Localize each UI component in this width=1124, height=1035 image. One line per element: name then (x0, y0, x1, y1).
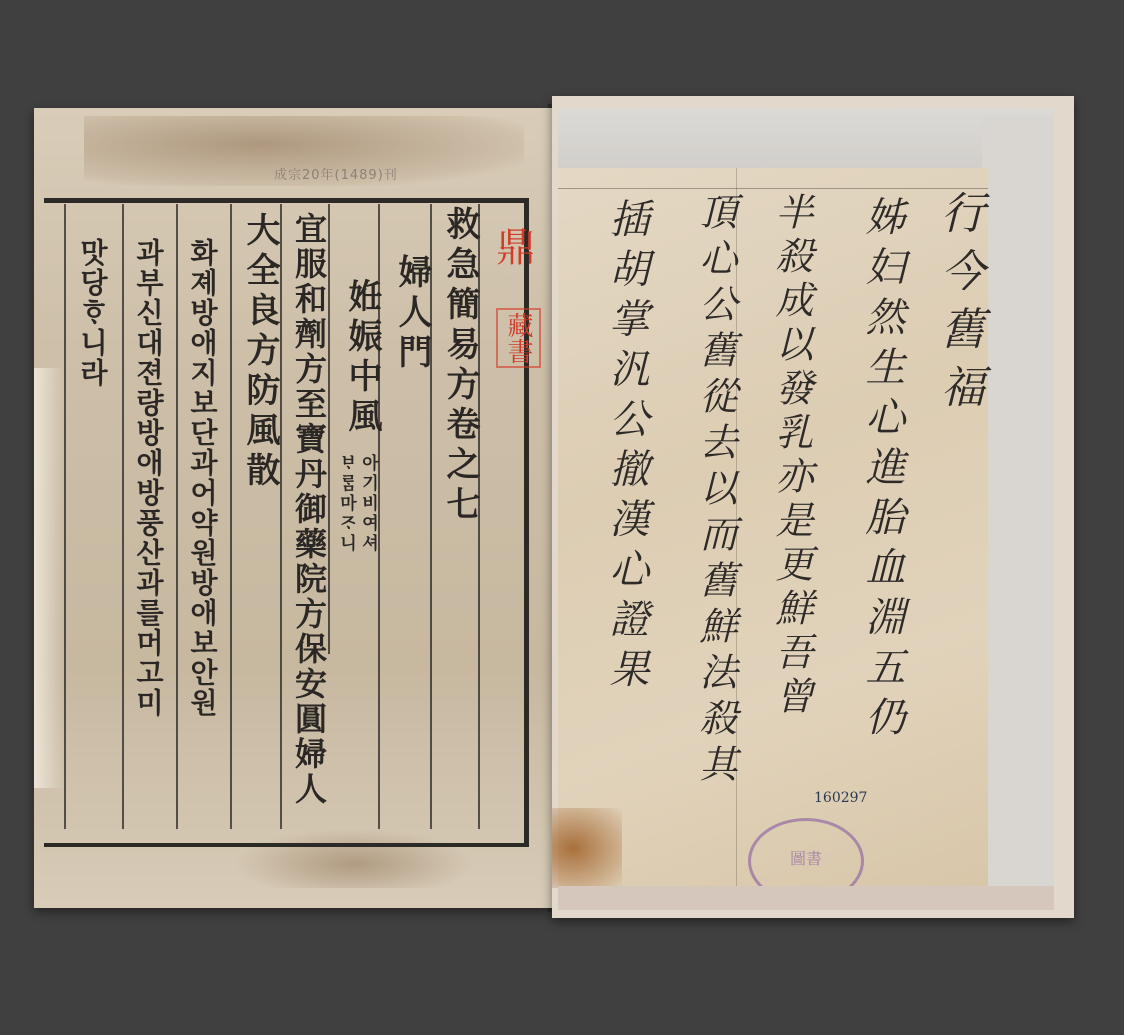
catalog-number: 160297 (814, 790, 867, 806)
entry-heading: 姙娠中風 (338, 278, 387, 438)
brown-stain (552, 808, 622, 888)
mounting-paper-top (558, 108, 1054, 168)
korean-column-3: 맛당ᄒᆞ니라 (72, 238, 112, 388)
left-printed-page: 成宗20年(1489)刊 救急簡易方卷之七 婦人門 姙娠中風 아기비여셔 ᄇᆞᄅ… (34, 108, 552, 908)
korean-column-2: 과부신대젼량방애방풍산과를머고미 (128, 238, 168, 718)
mounting-paper-right (982, 116, 1054, 896)
prescription-column-1: 宜服和劑方至寶丹御藥院方保安圓婦人 (286, 212, 332, 807)
chapter-heading: 婦人門 (388, 254, 437, 374)
column-rule (230, 204, 232, 829)
book-title: 救急簡易方卷之七 (436, 206, 485, 526)
calligraphy-column: 姊妇然生心進胎血淵五仍 (854, 196, 911, 746)
entry-gloss-right: 아기비여셔 (356, 454, 381, 554)
entry-gloss-left: ᄇᆞᄅᆞᆷ마ᄌᆞ니 (334, 454, 359, 554)
fold-crease (558, 188, 988, 189)
right-handwritten-page: 行今舊福 姊妇然生心進胎血淵五仍 半殺成以發乳亦是更鮮吾曾 頂心公舊從去以而舊鮮… (552, 96, 1074, 918)
pencil-annotation: 成宗20年(1489)刊 (274, 164, 398, 183)
red-seal-vessel-icon: 鼎 (496, 216, 536, 273)
calligraphy-column: 頂心公舊從去以而舊鮮法殺其 (688, 192, 743, 790)
korean-column-1: 화졔방애지보단과어약원방애보안원 (182, 238, 222, 718)
column-rule (122, 204, 124, 829)
calligraphy-column: 行今舊福 (926, 190, 990, 422)
calligraphy-column: 半殺成以發乳亦是更鮮吾曾 (764, 192, 819, 720)
prescription-column-2: 大全良方防風散 (236, 212, 285, 492)
column-rule (64, 204, 66, 829)
red-seal-text: 藏書 (496, 308, 541, 368)
mounting-paper-bottom (558, 886, 1054, 910)
calligraphy-column: 插胡掌汎公撤漢心證果 (598, 198, 655, 698)
column-rule (176, 204, 178, 829)
handwritten-leaf: 行今舊福 姊妇然生心進胎血淵五仍 半殺成以發乳亦是更鮮吾曾 頂心公舊從去以而舊鮮… (558, 168, 988, 888)
